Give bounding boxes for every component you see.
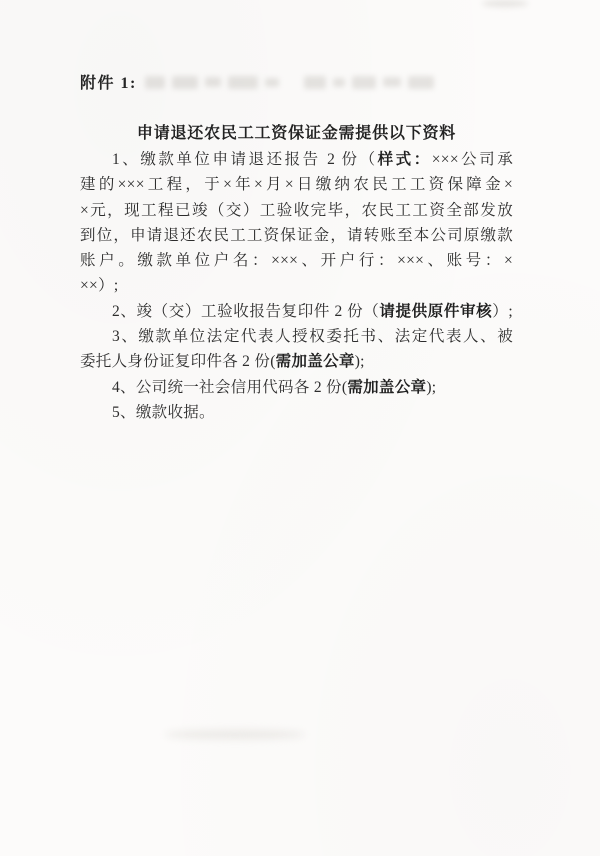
emphasis-text-segment: 样式： (378, 151, 432, 168)
scan-smudge-artifact (165, 730, 305, 739)
scan-corner-artifact (482, 0, 528, 7)
text-segment: ×××公司承 (432, 151, 513, 168)
emphasis-text-segment: 需加盖公章 (276, 353, 355, 370)
document-page: 附件 1: 申请退还农民工工资保证金需提供以下资料 1、缴款单位申请退还报告 2… (0, 0, 600, 856)
body-line: ××）; (80, 273, 513, 298)
body-line: 账户。缴款单位户名：×××、开户行：×××、账号：× (80, 248, 513, 273)
text-segment: ); (355, 353, 365, 370)
document-title: 申请退还农民工工资保证金需提供以下资料 (80, 120, 513, 143)
body-line: 3、缴款单位法定代表人授权委托书、法定代表人、被 (80, 324, 513, 349)
text-segment: 1、缴款单位申请退还报告 2 份（ (112, 151, 378, 168)
body-line: 1、缴款单位申请退还报告 2 份（样式：×××公司承 (80, 147, 513, 172)
text-segment: 2、竣（交）工验收报告复印件 2 份（ (112, 303, 379, 320)
body-line: 委托人身份证复印件各 2 份(需加盖公章); (80, 349, 513, 374)
body-line: 2、竣（交）工验收报告复印件 2 份（请提供原件审核）; (80, 299, 513, 324)
text-segment: 4、公司统一社会信用代码各 2 份( (112, 379, 347, 396)
text-segment: 到位，申请退还农民工工资保证金，请转账至本公司原缴款 (80, 227, 513, 244)
emphasis-text-segment: 需加盖公章 (347, 379, 426, 396)
body-line: 到位，申请退还农民工工资保证金，请转账至本公司原缴款 (80, 223, 513, 248)
document-body: 1、缴款单位申请退还报告 2 份（样式：×××公司承建的×××工程，于×年×月×… (80, 147, 513, 425)
text-segment: ）; (492, 303, 513, 320)
text-segment: 委托人身份证复印件各 2 份( (80, 353, 276, 370)
text-segment: ×元，现工程已竣（交）工验收完毕，农民工工资全部发放 (80, 202, 513, 219)
text-segment: ); (426, 379, 436, 396)
text-segment: 账户。缴款单位户名：×××、开户行：×××、账号：× (80, 252, 513, 269)
emphasis-text-segment: 请提供原件审核 (379, 303, 492, 320)
text-segment: 建的×××工程，于×年×月×日缴纳农民工工资保障金× (80, 176, 513, 193)
bleed-through-artifact (145, 72, 465, 92)
text-segment: 5、缴款收据。 (112, 404, 215, 421)
text-segment: ××）; (80, 277, 119, 294)
body-line: ×元，现工程已竣（交）工验收完毕，农民工工资全部发放 (80, 198, 513, 223)
attachment-label: 附件 1: (80, 70, 137, 93)
body-line: 4、公司统一社会信用代码各 2 份(需加盖公章); (80, 375, 513, 400)
body-line: 建的×××工程，于×年×月×日缴纳农民工工资保障金× (80, 172, 513, 197)
body-line: 5、缴款收据。 (80, 400, 513, 425)
text-segment: 3、缴款单位法定代表人授权委托书、法定代表人、被 (112, 328, 513, 345)
